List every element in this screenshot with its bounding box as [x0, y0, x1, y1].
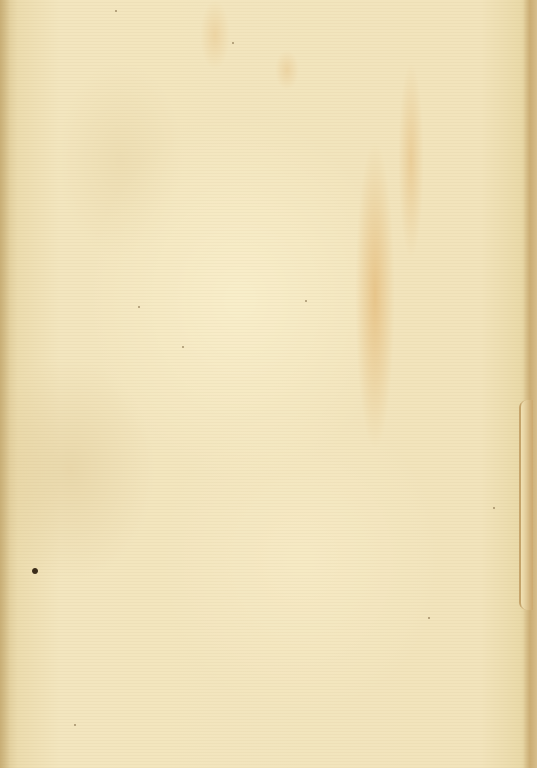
- ink-spot: [32, 568, 38, 574]
- left-edge-shadow: [0, 0, 10, 768]
- paper-weave-texture: [0, 0, 537, 768]
- speck: [305, 300, 307, 302]
- speck: [138, 306, 140, 308]
- speck: [493, 507, 495, 509]
- water-stain: [355, 140, 395, 450]
- aged-paper-texture: [0, 0, 537, 768]
- speck: [115, 10, 117, 12]
- water-stain: [398, 60, 424, 260]
- speck: [182, 346, 184, 348]
- speck: [428, 617, 430, 619]
- speck: [232, 42, 234, 44]
- right-edge-tear: [519, 400, 533, 610]
- water-stain: [275, 50, 299, 90]
- water-stain: [200, 0, 230, 70]
- right-edge-binding: [523, 0, 537, 768]
- speck: [74, 724, 76, 726]
